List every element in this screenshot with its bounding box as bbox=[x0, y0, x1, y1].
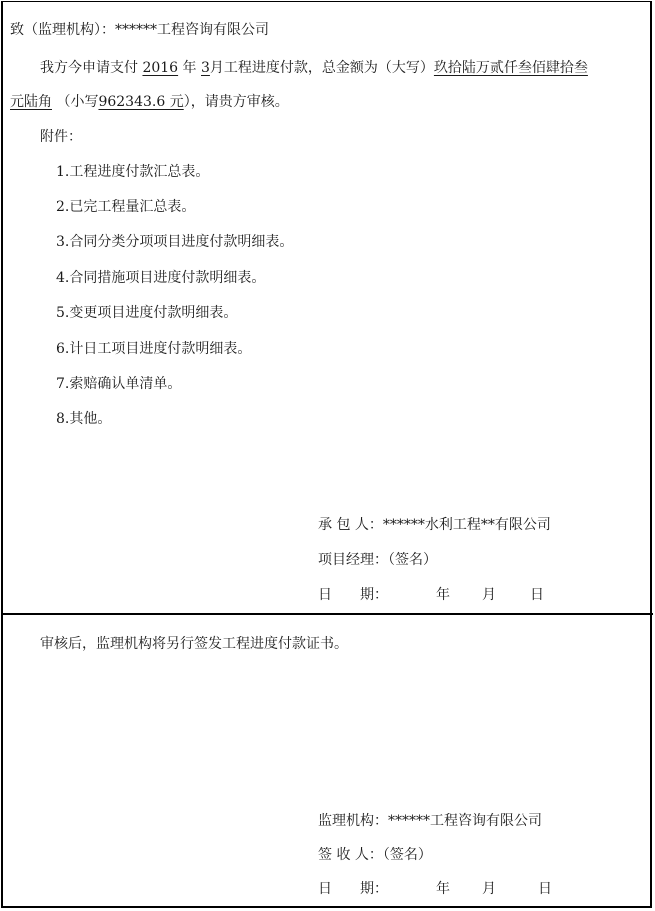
project-manager-signature: 项目经理：（签名） bbox=[318, 550, 437, 570]
date-day: 日 bbox=[530, 585, 544, 605]
attachment-item: 5.变更项目进度付款明细表。 bbox=[56, 303, 237, 323]
payment-month: 3 bbox=[201, 60, 210, 76]
year-suffix: 年 bbox=[183, 60, 197, 76]
form-border bbox=[1, 1, 652, 908]
date-year: 年 bbox=[436, 879, 450, 899]
date-month: 月 bbox=[482, 585, 496, 605]
request-mid: 月工程进度付款，总金额为（大写） bbox=[210, 60, 434, 76]
date-label: 日 期： bbox=[318, 879, 388, 899]
supervisor-date: 日 期： 年 月 日 bbox=[318, 879, 618, 899]
request-tail: ），请贵方审核。 bbox=[184, 94, 289, 110]
receiver-signature: 签 收 人：（签名） bbox=[318, 845, 432, 865]
amount-number: 962343.6 元 bbox=[98, 94, 183, 110]
date-label: 日 期： bbox=[318, 585, 388, 605]
request-line-1: 我方今申请支付 2016 年 3月工程进度付款，总金额为（大写）玖拾陆万贰仟叁佰… bbox=[40, 58, 588, 78]
attachment-item: 3.合同分类分项项目进度付款明细表。 bbox=[56, 232, 293, 252]
attachments-label: 附件： bbox=[40, 127, 82, 147]
date-day: 日 bbox=[538, 879, 552, 899]
amount-words-part2: 元陆角 bbox=[10, 94, 52, 110]
request-prefix: 我方今申请支付 bbox=[40, 60, 138, 76]
date-year: 年 bbox=[436, 585, 450, 605]
amount-words-part1: 玖拾陆万贰仟叁佰肆拾叁 bbox=[434, 60, 588, 76]
review-note: 审核后，监理机构将另行签发工程进度付款证书。 bbox=[40, 634, 348, 654]
attachment-item: 6.计日工项目进度付款明细表。 bbox=[56, 339, 251, 359]
attachment-item: 7.索赔确认单清单。 bbox=[56, 374, 181, 394]
attachment-item: 2.已完工程量汇总表。 bbox=[56, 197, 195, 217]
attachment-item: 8.其他。 bbox=[56, 409, 111, 429]
payment-year: 2016 bbox=[142, 60, 178, 76]
attachment-item: 1.工程进度付款汇总表。 bbox=[56, 162, 209, 182]
supervising-agency: 监理机构：******工程咨询有限公司 bbox=[318, 811, 542, 831]
date-month: 月 bbox=[482, 879, 496, 899]
request-line-2: 元陆角 （小写962343.6 元），请贵方审核。 bbox=[10, 92, 289, 112]
contractor-name: 承 包 人：******水利工程**有限公司 bbox=[318, 515, 551, 535]
attachment-item: 4.合同措施项目进度付款明细表。 bbox=[56, 268, 265, 288]
section-divider bbox=[1, 613, 653, 615]
addressee-line: 致（监理机构）：******工程咨询有限公司 bbox=[10, 20, 269, 40]
contractor-date: 日 期： 年 月 日 bbox=[318, 585, 618, 605]
small-amount-label: （小写 bbox=[56, 94, 98, 110]
